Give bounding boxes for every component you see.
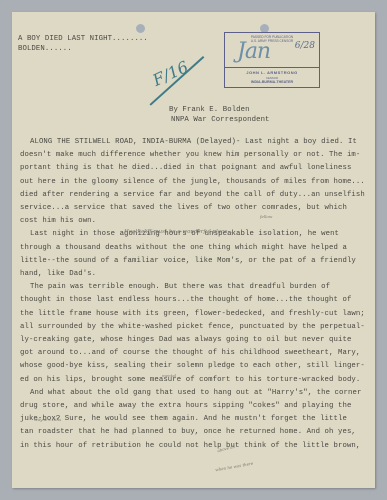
- censor-name: JOHN L. ARMSTRONG: [225, 70, 319, 75]
- body-line: the little frame house with its green, f…: [20, 308, 365, 321]
- body-line: little--the sound of a familiar voice, l…: [20, 255, 365, 268]
- body-line: cost him his own.: [20, 215, 365, 228]
- handwritten-note: mental: [162, 373, 176, 378]
- handwritten-note: when he was there: [215, 461, 254, 473]
- punch-hole: [136, 24, 145, 33]
- body-line: portant thing is that he died...died in …: [20, 162, 365, 175]
- body-line: through a thousand deaths without the on…: [20, 242, 365, 255]
- body-line: all surrounded by the white-washed picke…: [20, 321, 365, 334]
- handwritten-file-mark: F/16: [142, 52, 202, 107]
- body-line: got around to...and of course the though…: [20, 347, 365, 360]
- body-line: ed on his lips, brought some measure of …: [20, 374, 365, 387]
- body-line: tan roadster that he had planned to buy,…: [20, 426, 365, 439]
- document-page: A BOY DIED LAST NIGHT........ BOLDEN....…: [12, 12, 375, 488]
- body-line: doesn't make much difference whether you…: [20, 149, 365, 162]
- body-line: whose good-bye kiss, sealing their solem…: [20, 360, 365, 373]
- header-author: BOLDEN......: [18, 44, 148, 54]
- body-line: in this hour of retribution he could not…: [20, 440, 365, 453]
- censor-stamp: PASSED FOR PUBLICATION U.S. ARMY PRESS C…: [224, 32, 320, 88]
- header-title: A BOY DIED LAST NIGHT........: [18, 34, 148, 44]
- article-body: ALONG THE STILWELL ROAD, INDIA-BURMA (De…: [20, 136, 365, 453]
- handwritten-note: Heathcliff must be a wonderful place....: [124, 229, 234, 235]
- body-line: drug store, and while away the extra hou…: [20, 400, 365, 413]
- body-line: juke-box? Sure, he would see them again.…: [20, 413, 365, 426]
- censor-date: 6/28: [295, 41, 315, 51]
- body-line: And what about the old gang that used to…: [20, 387, 365, 400]
- body-line: out here in the gloomy silence of the ju…: [20, 176, 365, 189]
- document-header: A BOY DIED LAST NIGHT........ BOLDEN....…: [18, 34, 148, 54]
- censor-theater: INDIA-BURMA-THEATER: [225, 80, 319, 84]
- censor-signature: Jan: [237, 39, 270, 64]
- byline: By Frank E. Bolden NNPA War Corresponden…: [169, 105, 270, 125]
- handwritten-note: fellow: [260, 214, 272, 219]
- body-line: died after rendering a service far and b…: [20, 189, 365, 202]
- handwritten-note: Wayne's Hills: [34, 417, 61, 422]
- body-line: ly-creaking gate, whose hinges Dad was a…: [20, 334, 365, 347]
- byline-title: NNPA War Correspondent: [169, 115, 270, 125]
- body-line: service...a service that saved the lives…: [20, 202, 365, 215]
- body-line: thought in those last endless hours...th…: [20, 294, 365, 307]
- byline-author: By Frank E. Bolden: [169, 105, 270, 115]
- body-line: ALONG THE STILWELL ROAD, INDIA-BURMA (De…: [20, 136, 365, 149]
- body-line: hand, like Dad's.: [20, 268, 365, 281]
- body-line: The pain was terrible enough. But there …: [20, 281, 365, 294]
